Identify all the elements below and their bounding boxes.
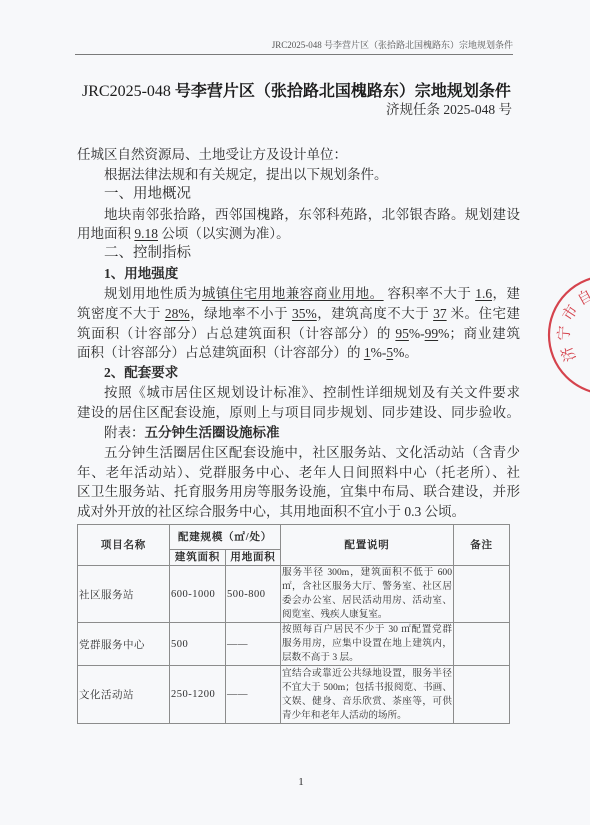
cell-remarks xyxy=(454,566,510,623)
text-segment: ，建筑高度不大于 xyxy=(317,306,433,321)
header-remarks: 备注 xyxy=(454,525,510,566)
text-segment: %- xyxy=(409,326,425,341)
text-segment: 容积率不大于 xyxy=(384,286,476,301)
text-segment: 米。住宅建 xyxy=(447,306,520,321)
land-intensity-line: 筑面积（计容部分）占总建筑面积（计容部分）的 95%-99%；商业建筑 xyxy=(77,324,520,344)
support-requirements-line: 按照《城市居住区规划设计标准》、控制性详细规划及有关文件要求 xyxy=(77,383,520,403)
facility-standard-line: 成对外开放的社区综合服务中心，其用地面积不宜小于 0.3 公顷。 xyxy=(77,502,520,522)
table-row: 文化活动站 250-1200 —— 宜结合或靠近公共绿地设置，服务半径 不宜大于… xyxy=(78,666,510,724)
bold-text: 五分钟生活圈设施标准 xyxy=(145,425,280,440)
underlined-value: 1.6 xyxy=(475,286,492,301)
cell-config: 按照每百户居民不少于 30 ㎡配置党群 服务用房，应集中设置在地上建筑内， 层数… xyxy=(281,623,454,666)
land-intensity-line: 规划用地性质为城镇住宅用地兼容商业用地。 容积率不大于 1.6，建 xyxy=(77,284,520,304)
addressee-line: 任城区自然资源局、土地受让方及设计单位： xyxy=(77,145,520,165)
support-requirements-line: 建设的居住区配套设施，原则上与项目同步规划、同步建设、同步验收。 xyxy=(77,403,520,423)
running-header: JRC2025-048 号李营片区（张拾路北国槐路东）宗地规划条件 xyxy=(272,39,513,51)
cell-land-area: —— xyxy=(226,623,281,666)
facility-standard-line: 区卫生服务站、托育服务用房等服务设施，宜集中布局、联合建设，并形 xyxy=(77,482,520,502)
config-line: 不宜大于 500m；包括书报阅览、书画、 xyxy=(282,681,452,695)
underlined-value: 35% xyxy=(292,306,317,321)
table-header-row: 项目名称 配建规模（㎡/处） 配置说明 备注 xyxy=(78,525,510,550)
cell-land-area: —— xyxy=(226,666,281,724)
header-building-area: 建筑面积 xyxy=(170,550,226,566)
page-number: 1 xyxy=(296,775,306,789)
text-segment: %- xyxy=(371,345,387,360)
land-overview-line: 用地面积 9.18 公顷（以实测为准）。 xyxy=(77,224,520,244)
header-land-area: 用地面积 xyxy=(226,550,281,566)
cell-building-area: 250-1200 xyxy=(170,666,226,724)
cell-config: 宜结合或靠近公共绿地设置，服务半径 不宜大于 500m；包括书报阅览、书画、 文… xyxy=(281,666,454,724)
land-intensity-line: 筑密度不大于 28%，绿地率不小于 35%，建筑高度不大于 37 米。住宅建 xyxy=(77,304,520,324)
text-segment: 规划用地性质为 xyxy=(104,286,202,301)
land-overview-line: 地块南邻张拾路，西邻国槐路，东邻科苑路，北邻银杏路。规划建设 xyxy=(77,205,520,225)
header-config: 配置说明 xyxy=(281,525,454,566)
facility-standard-line: 年、老年活动站）、党群服务中心、老年人日间照料中心（托老所）、社 xyxy=(77,463,520,483)
config-line: 按照每百户居民不少于 30 ㎡配置党群 xyxy=(282,623,452,637)
underlined-value: 95 xyxy=(395,326,409,341)
config-line: 青少年和老年人活动的场所。 xyxy=(282,709,452,723)
cell-remarks xyxy=(454,666,510,724)
table-row: 社区服务站 600-1000 500-800 服务半径 300m，建筑面积不低于… xyxy=(78,566,510,623)
document-page: JRC2025-048 号李营片区（张拾路北国槐路东）宗地规划条件 JRC202… xyxy=(0,0,590,825)
text-segment: 用地面积 xyxy=(77,226,134,241)
header-item-name: 项目名称 xyxy=(78,525,170,566)
text-segment: 筑密度不大于 xyxy=(77,306,165,321)
underlined-value: 1 xyxy=(364,345,371,360)
seal-ring xyxy=(549,276,590,394)
text-segment: 筑面积（计容部分）占总建筑面积（计容部分）的 xyxy=(77,326,395,341)
appendix-caption: 附表：五分钟生活圈设施标准 xyxy=(77,423,520,443)
cell-land-area: 500-800 xyxy=(226,566,281,623)
text-segment: %。 xyxy=(393,345,418,360)
document-title: JRC2025-048 号李营片区（张拾路北国槐路东）宗地规划条件 xyxy=(82,82,507,102)
config-line: 服务半径 300m，建筑面积不低于 600 xyxy=(282,566,452,580)
cell-item-name: 社区服务站 xyxy=(78,566,170,623)
facility-standard-table: 项目名称 配建规模（㎡/处） 配置说明 备注 建筑面积 用地面积 社区服务站 6… xyxy=(77,524,510,724)
underlined-value: 37 xyxy=(433,306,447,321)
cell-remarks xyxy=(454,623,510,666)
cell-building-area: 500 xyxy=(170,623,226,666)
underlined-value: 28% xyxy=(165,306,190,321)
title-code: JRC2025-048 xyxy=(82,83,175,100)
table-row: 党群服务中心 500 —— 按照每百户居民不少于 30 ㎡配置党群 服务用房，应… xyxy=(78,623,510,666)
text-segment: 地块南邻张拾路，西邻国槐路，东邻科苑路，北邻银杏路。规划建设 xyxy=(104,207,520,222)
document-number: 济规任条 2025-048 号 xyxy=(386,101,512,119)
config-line: 宜结合或靠近公共绿地设置，服务半径 xyxy=(282,667,452,681)
cell-building-area: 600-1000 xyxy=(170,566,226,623)
underlined-value: 99 xyxy=(425,326,439,341)
text-segment: 公顷（以实测为准）。 xyxy=(158,226,290,241)
seal-text: 济宁市自 xyxy=(554,284,590,364)
underlined-value: 9.18 xyxy=(134,226,158,241)
subheading-land-intensity: 1、用地强度 xyxy=(77,264,520,284)
cell-item-name: 党群服务中心 xyxy=(78,623,170,666)
document-body: 任城区自然资源局、土地受让方及设计单位： 根据法律法规和有关规定，提出以下规划条… xyxy=(77,145,520,522)
section-heading-control-indicators: 二、控制指标 xyxy=(77,244,520,264)
subheading-support-requirements: 2、配套要求 xyxy=(77,363,520,383)
config-line: 服务用房，应集中设置在地上建筑内， xyxy=(282,637,452,651)
intro-line: 根据法律法规和有关规定，提出以下规划条件。 xyxy=(77,165,520,185)
section-heading-land-overview: 一、用地概况 xyxy=(77,185,520,205)
header-scale: 配建规模（㎡/处） xyxy=(170,525,281,550)
config-line: 层数不高于 3 层。 xyxy=(282,651,452,665)
cell-config: 服务半径 300m，建筑面积不低于 600 ㎡，含社区服务大厅、警务室、社区居 … xyxy=(281,566,454,623)
facility-standard-line: 五分钟生活圈居住区配套设施中，社区服务站、文化活动站（含青少 xyxy=(77,443,520,463)
header-rule xyxy=(75,54,513,55)
title-name: 号李营片区（张拾路北国槐路东）宗地规划条件 xyxy=(175,83,511,100)
land-intensity-line: 面积（计容部分）占总建筑面积（计容部分）的 1%-5%。 xyxy=(77,343,520,363)
config-line: ㎡，含社区服务大厅、警务室、社区居 xyxy=(282,580,452,594)
text-segment: %；商业建筑 xyxy=(438,326,520,341)
config-line: 阅览室、残疾人康复室。 xyxy=(282,608,452,622)
text-segment: 面积（计容部分）占总建筑面积（计容部分）的 xyxy=(77,345,364,360)
cell-item-name: 文化活动站 xyxy=(78,666,170,724)
config-line: 文娱、健身、音乐欣赏、茶座等，可供 xyxy=(282,695,452,709)
config-line: 委会办公室、居民活动用房、活动室、 xyxy=(282,594,452,608)
seal-text-path: 济宁市自 xyxy=(554,284,590,364)
text-segment: ，建 xyxy=(492,286,520,301)
text-segment: ，绿地率不小于 xyxy=(190,306,292,321)
text-segment: 附表： xyxy=(104,425,145,440)
underlined-value: 城镇住宅用地兼容商业用地。 xyxy=(202,286,384,301)
